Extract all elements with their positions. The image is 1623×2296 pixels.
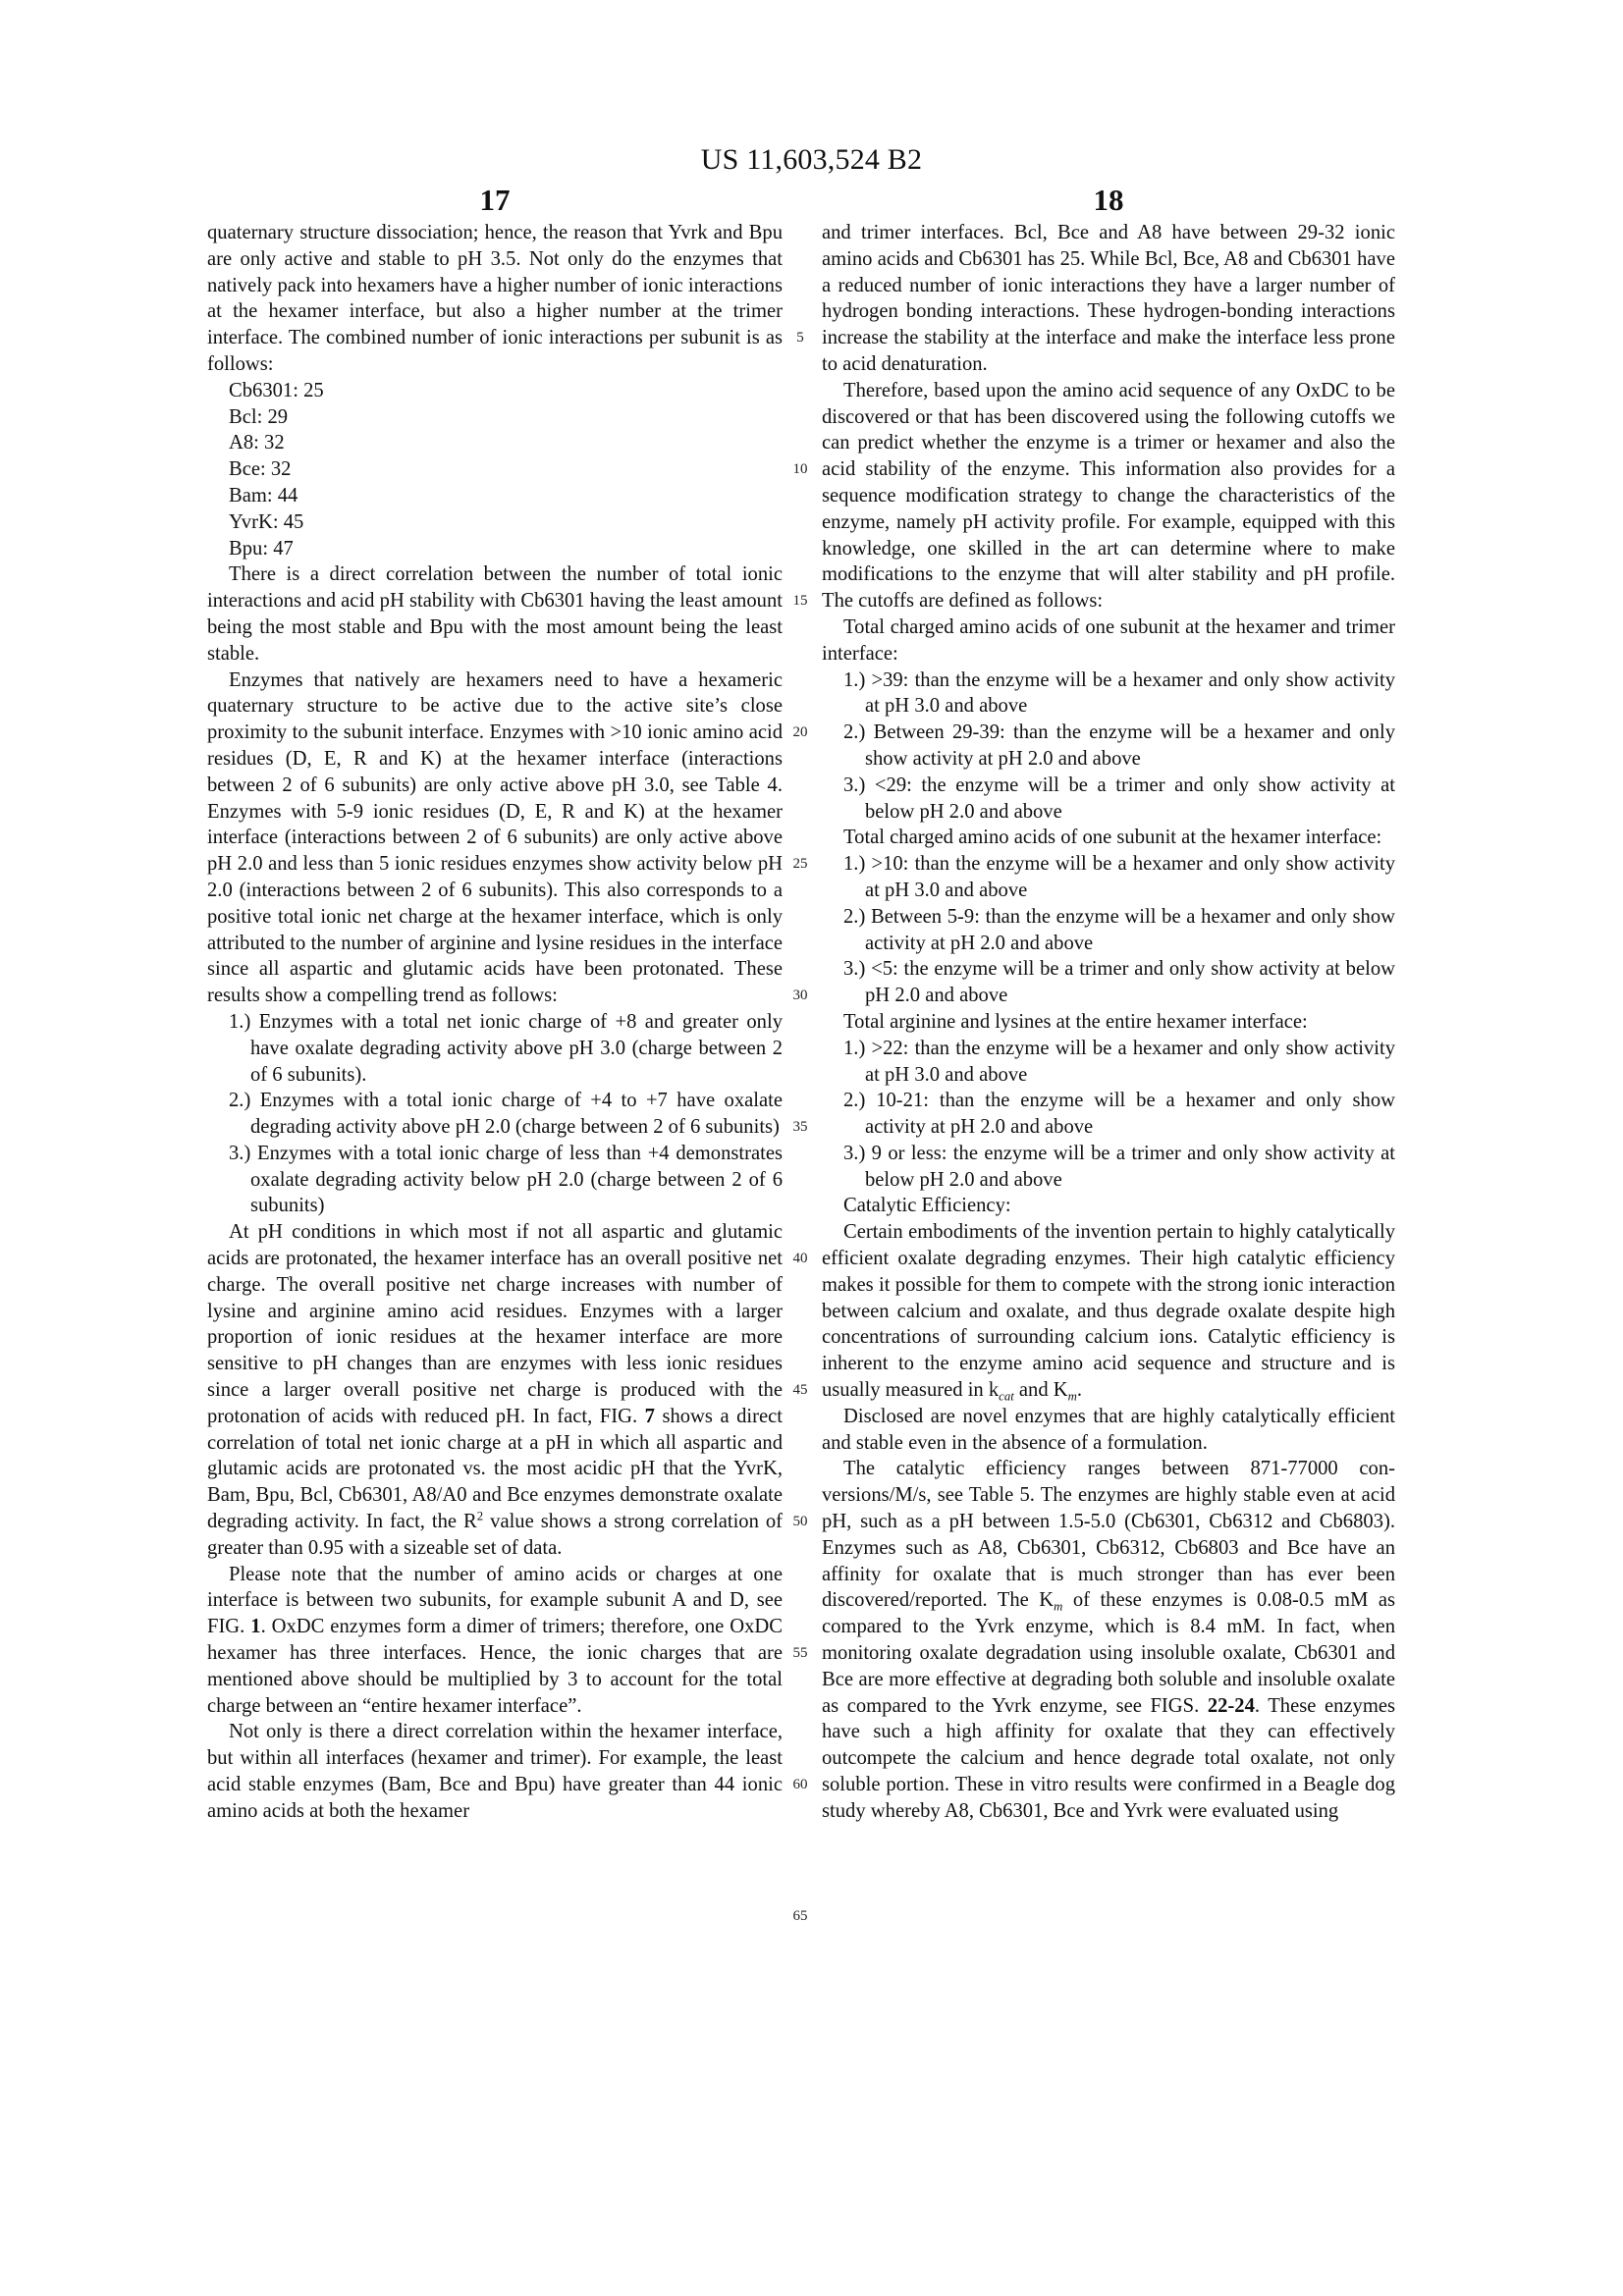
section-heading: Catalytic Efficiency:	[822, 1193, 1395, 1219]
enzyme-count-list: Cb6301: 25 Bcl: 29 A8: 32 Bce: 32 Bam: 4…	[207, 378, 783, 562]
superscript: 2	[477, 1509, 483, 1522]
left-column-number: 17	[207, 181, 783, 220]
list-item: 1.) Enzymes with a total net ionic charg…	[207, 1009, 783, 1088]
right-column: and trimer interfaces. Bcl, Bce and A8 h…	[822, 220, 1395, 1825]
list-item: Bce: 32	[207, 456, 783, 483]
line-number: 30	[786, 983, 814, 1009]
line-number: 55	[786, 1640, 814, 1667]
paragraph: The catalytic efficiency ranges between …	[822, 1456, 1395, 1824]
subscript: m	[1054, 1600, 1062, 1614]
list-item: 2.) Between 29-39: than the enzyme will …	[822, 720, 1395, 773]
cutoff-heading: Total charged amino acids of one subunit…	[822, 614, 1395, 667]
paragraph: There is a direct correlation between th…	[207, 561, 783, 667]
cutoff-group: Total charged amino acids of one subunit…	[822, 825, 1395, 1009]
left-column: quaternary structure dissociation; hence…	[207, 220, 783, 1825]
paragraph: Disclosed are novel enzymes that are hig…	[822, 1404, 1395, 1457]
cutoff-heading: Total arginine and lysines at the entire…	[822, 1009, 1395, 1036]
line-number: 35	[786, 1114, 814, 1141]
list-item: 3.) 9 or less: the enzyme will be a trim…	[822, 1141, 1395, 1194]
text: At pH conditions in which most if not al…	[207, 1221, 783, 1427]
cutoff-group: Total arginine and lysines at the entire…	[822, 1009, 1395, 1194]
list-item: 3.) <5: the enzyme will be a trimer and …	[822, 956, 1395, 1009]
text: . OxDC enzymes form a dimer of trimers; …	[207, 1616, 783, 1716]
list-item: 1.) >10: than the enzyme will be a hexam…	[822, 851, 1395, 904]
paragraph: and trimer interfaces. Bcl, Bce and A8 h…	[822, 220, 1395, 378]
list-item: 2.) Between 5-9: than the enzyme will be…	[822, 904, 1395, 957]
cutoff-group: Total charged amino acids of one subunit…	[822, 614, 1395, 825]
subscript: m	[1068, 1390, 1077, 1404]
line-number: 40	[786, 1246, 814, 1272]
list-item: 3.) Enzymes with a total ionic charge of…	[207, 1141, 783, 1219]
patent-number: US 11,603,524 B2	[0, 140, 1623, 180]
trend-list: 1.) Enzymes with a total net ionic charg…	[207, 1009, 783, 1219]
text: and K	[1014, 1379, 1068, 1401]
line-number: 25	[786, 851, 814, 878]
list-item: Bpu: 47	[207, 536, 783, 562]
paragraph: Certain embodiments of the invention per…	[822, 1219, 1395, 1404]
line-number: 45	[786, 1377, 814, 1404]
list-item: 2.) Enzymes with a total ionic charge of…	[207, 1088, 783, 1141]
list-item: 1.) >22: than the enzyme will be a hexam…	[822, 1036, 1395, 1089]
figure-reference: 22-24	[1208, 1695, 1255, 1717]
paragraph: Not only is there a direct correlation w…	[207, 1719, 783, 1824]
cutoff-heading: Total charged amino acids of one subunit…	[822, 825, 1395, 851]
subscript: cat	[999, 1390, 1014, 1404]
list-item: 2.) 10-21: than the enzyme will be a hex…	[822, 1088, 1395, 1141]
figure-reference: 1	[250, 1616, 260, 1637]
paragraph: At pH conditions in which most if not al…	[207, 1219, 783, 1561]
list-item: A8: 32	[207, 430, 783, 456]
paragraph: Enzymes that natively are hexamers need …	[207, 667, 783, 1009]
list-item: 3.) <29: the enzyme will be a trimer and…	[822, 773, 1395, 826]
list-item: 1.) >39: than the enzyme will be a hexam…	[822, 667, 1395, 721]
line-number: 60	[786, 1772, 814, 1798]
text: Certain embodiments of the invention per…	[822, 1221, 1395, 1401]
line-number: 50	[786, 1509, 814, 1535]
figure-reference: 7	[645, 1406, 655, 1427]
line-number: 10	[786, 456, 814, 483]
paragraph: quaternary structure dissociation; hence…	[207, 220, 783, 378]
line-number: 15	[786, 588, 814, 614]
list-item: YvrK: 45	[207, 509, 783, 536]
right-column-number: 18	[821, 181, 1396, 220]
line-number: 5	[786, 325, 814, 351]
line-number: 20	[786, 720, 814, 746]
list-item: Bam: 44	[207, 483, 783, 509]
list-item: Cb6301: 25	[207, 378, 783, 404]
text: .	[1077, 1379, 1082, 1401]
line-number: 65	[786, 1903, 814, 1930]
list-item: Bcl: 29	[207, 404, 783, 431]
paragraph: Therefore, based upon the amino acid seq…	[822, 378, 1395, 614]
paragraph: Please note that the number of amino aci…	[207, 1562, 783, 1720]
